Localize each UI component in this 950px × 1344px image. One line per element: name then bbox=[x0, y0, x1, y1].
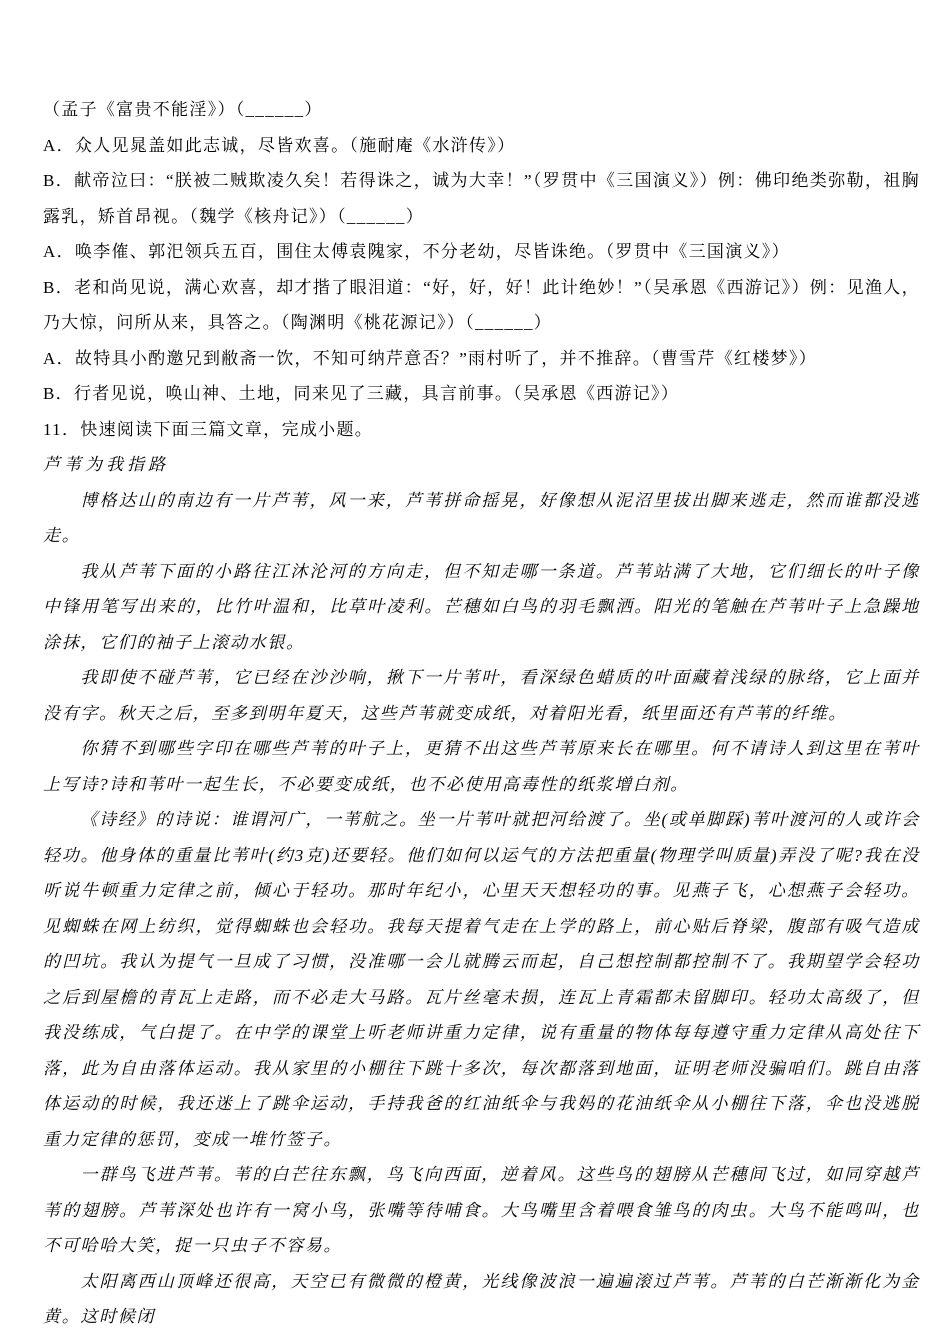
option-item-b1: B．献帝泣曰：“朕被二贼欺凌久矣！若得诛之，诚为大幸！”（罗贯中《三国演义》）例… bbox=[43, 163, 920, 234]
question-stem-text: 快速阅读下面三篇文章，完成小题。 bbox=[80, 420, 373, 439]
option-text: 故特具小酌邀兄到敝斋一饮，不知可纳芹意否？”雨村听了，并不推辞。（曹雪芹《红楼梦… bbox=[75, 349, 817, 368]
option-text: 行者见说，唤山神、土地，同来见了三藏，具言前事。（吴承恩《西游记》） bbox=[74, 384, 679, 403]
essay-paragraph: 博格达山的南边有一片芦苇，风一来，芦苇拼命摇晃，好像想从泥沼里拔出脚来逃走，然而… bbox=[43, 483, 920, 554]
option-label: A． bbox=[43, 136, 75, 155]
option-item-a1: A．众人见晁盖如此志诚，尽皆欢喜。（施耐庵《水浒传》） bbox=[43, 128, 920, 164]
essay-paragraph: 我即使不碰芦苇，它已经在沙沙响，揪下一片苇叶，看深绿色蜡质的叶面藏着浅绿的脉络，… bbox=[43, 660, 920, 731]
option-item-b3: B．行者见说，唤山神、土地，同来见了三藏，具言前事。（吴承恩《西游记》） bbox=[43, 376, 920, 412]
option-label: A． bbox=[43, 349, 75, 368]
option-text: 唤李傕、郭汜领兵五百，围住太傅袁隗家，不分老幼，尽皆诛绝。（罗贯中《三国演义》） bbox=[75, 242, 790, 261]
essay-title: 芦苇为我指路 bbox=[43, 447, 920, 483]
option-label: B． bbox=[43, 384, 74, 403]
option-label: B． bbox=[43, 171, 74, 190]
essay-paragraph: 你猜不到哪些字印在哪些芦苇的叶子上，更猜不出这些芦苇原来长在哪里。何不请诗人到这… bbox=[43, 731, 920, 802]
question-number: 11． bbox=[43, 420, 80, 439]
option-text: 老和尚见说，满心欢喜，却才揩了眼泪道：“好，好，好！此计绝妙！”（吴承恩《西游记… bbox=[43, 278, 920, 333]
essay-paragraph: 《诗经》的诗说：谁谓河广，一苇航之。坐一片苇叶就把河给渡了。坐(或单脚踩)苇叶渡… bbox=[43, 802, 920, 1157]
option-item-a2: A．唤李傕、郭汜领兵五百，围住太傅袁隗家，不分老幼，尽皆诛绝。（罗贯中《三国演义… bbox=[43, 234, 920, 270]
exam-page: （孟子《富贵不能淫》）（______） A．众人见晁盖如此志诚，尽皆欢喜。（施耐… bbox=[0, 0, 950, 1344]
option-label: B． bbox=[43, 278, 74, 297]
option-label: A． bbox=[43, 242, 75, 261]
question-11-stem: 11．快速阅读下面三篇文章，完成小题。 bbox=[43, 412, 920, 448]
option-item-a3: A．故特具小酌邀兄到敝斋一饮，不知可纳芹意否？”雨村听了，并不推辞。（曹雪芹《红… bbox=[43, 341, 920, 377]
option-item-b2: B．老和尚见说，满心欢喜，却才揩了眼泪道：“好，好，好！此计绝妙！”（吴承恩《西… bbox=[43, 270, 920, 341]
fill-blank-source-line: （孟子《富贵不能淫》）（______） bbox=[43, 92, 920, 128]
essay-paragraph: 一群鸟飞进芦苇。苇的白芒往东飘，鸟飞向西面，逆着风。这些鸟的翅膀从芒穗间飞过，如… bbox=[43, 1157, 920, 1264]
option-text: 献帝泣曰：“朕被二贼欺凌久矣！若得诛之，诚为大幸！”（罗贯中《三国演义》）例：佛… bbox=[43, 171, 920, 226]
option-text: 众人见晁盖如此志诚，尽皆欢喜。（施耐庵《水浒传》） bbox=[75, 136, 516, 155]
essay-paragraph: 我从芦苇下面的小路往江沐沦河的方向走，但不知走哪一条道。芦苇站满了大地，它们细长… bbox=[43, 554, 920, 661]
exam-page-content: （孟子《富贵不能淫》）（______） A．众人见晁盖如此志诚，尽皆欢喜。（施耐… bbox=[0, 0, 950, 1335]
essay-paragraph: 太阳离西山顶峰还很高，天空已有微微的橙黄，光线像波浪一遍遍滚过芦苇。芦苇的白芒渐… bbox=[43, 1264, 920, 1335]
